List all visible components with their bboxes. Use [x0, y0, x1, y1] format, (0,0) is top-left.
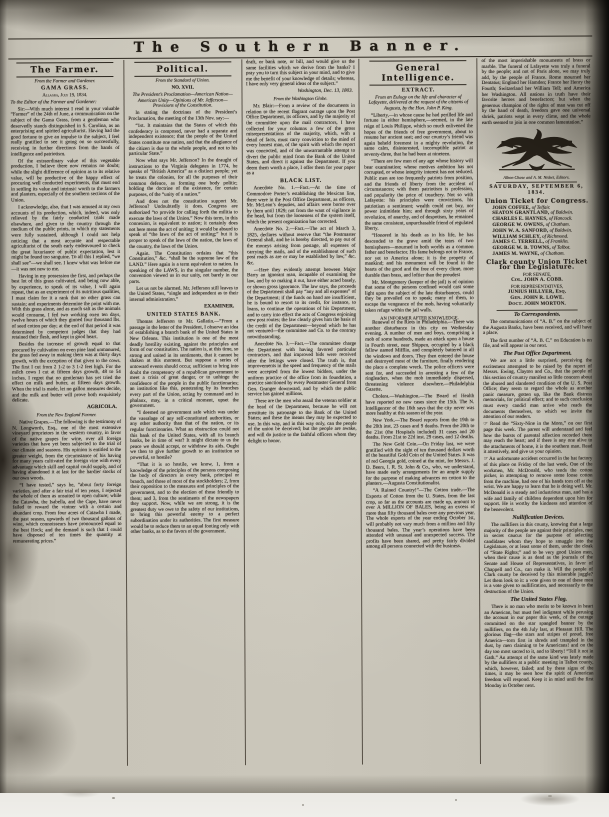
article-heading-us-bank: UNITED STATES BANK.	[129, 312, 238, 318]
essay-title: The President’s Proclamation—American Na…	[130, 93, 235, 110]
article-headline: GAMA GRASS.	[10, 86, 119, 92]
article-paragraph: Besides the increase of growth equal to …	[12, 342, 121, 404]
article-paragraph: Again. The Constitution ordains that “th…	[129, 251, 238, 285]
eagle-and-crossed-flags-icon	[490, 127, 582, 171]
letter-dateline: Washington, Dec. 13, 1803.	[246, 89, 353, 95]
scan-smudge	[60, 788, 100, 798]
legislature-ticket-heading: Clark county Union Ticket for the Legisl…	[483, 259, 592, 271]
article-paragraph: Let us not be alarmed. Mr. Jefferson sti…	[129, 286, 238, 303]
column-globe: draft, or bank note, or bill, and would …	[241, 59, 362, 766]
section-heading-farmer: The Farmer.	[16, 62, 113, 78]
emblem-block: Albon Chase and A. M. Nisbet, Editors.	[482, 127, 591, 180]
scan-speck	[302, 804, 304, 806]
article-signature: AGRICOLA.	[12, 405, 117, 411]
article-paragraph: Of the extraordinary value of this veget…	[11, 159, 120, 204]
column-farmer: The Farmer. From the Farmer and Gardener…	[6, 60, 126, 767]
eulogy-continuation: of the most imperishable monuments of br…	[481, 58, 590, 126]
pointing-hand-paragraph: ☞ Read the “Sixty-Nine in the Morn,” on …	[483, 422, 592, 456]
paragraph-group: Renewal of the Riots in Philadelphia.—Th…	[365, 320, 475, 550]
column-intelligence: General Intelligence. EXTRACT. From an E…	[359, 58, 480, 765]
paragraph-group: In stating the doctrines of the Presiden…	[128, 111, 238, 304]
article-paragraph: These are the men who assail the veteran…	[248, 399, 357, 444]
paragraph-group: Sir:—With much interest I read in your v…	[11, 107, 121, 404]
page-columns: The Farmer. From the Farmer and Gardener…	[6, 57, 598, 766]
notice-paragraph: The first number of “A. B. C.” on Educat…	[483, 338, 592, 350]
article-paragraph-continued: draft, or bank note, or bill, and would …	[246, 60, 355, 89]
masthead: The Southern Banner.	[8, 35, 592, 59]
article-paragraph: “I have tested,” says he, “about forty f…	[13, 483, 122, 545]
candidate-county: of Chatham.	[546, 223, 570, 228]
jail-paragraph: Mr. Montgomery (keeper of the jail) is o…	[365, 280, 474, 314]
candidate-county: of Baldwin.	[550, 228, 573, 233]
article-paragraph: Anecdote No. 3.—Fact.—The committee char…	[247, 342, 356, 399]
article-paragraph: Now what says Mr. Jefferson? In the drau…	[129, 159, 238, 199]
notice-paragraph: The communications of “A. B.” on the sub…	[483, 320, 592, 337]
source-credit: From the Standard of Union.	[128, 78, 237, 84]
representatives-list: JUNIUS HILLYER, Esq.Gen. JOHN R. LOWE.Do…	[483, 289, 592, 308]
paragraph-group: Mr. Blair:—From a review of the document…	[246, 104, 355, 177]
paragraph-group: Anecdote No. 1.—Fact.—At the time of Com…	[247, 186, 357, 444]
torn-top-margin	[0, 0, 600, 39]
article-dateline: Allagra, July 19, 1834.	[10, 93, 119, 99]
scan-speck	[455, 799, 457, 801]
extract-heading: EXTRACT.	[364, 88, 473, 94]
article-paragraph: Mr. Blair:—From a review of the document…	[246, 104, 355, 177]
candidate-county: of Richmond.	[542, 234, 568, 239]
editorial-paragraph: There is no man who merits to be known i…	[484, 605, 593, 689]
scan-speck	[112, 797, 115, 799]
paragraph-group: “Liberty,—in whose cause he had perilled…	[364, 113, 474, 279]
congress-ticket-heading: Union Ticket for Congress.	[482, 198, 591, 204]
article-paragraph: The New Gold Coin.—On Friday last, we we…	[366, 442, 475, 487]
nullification-heading: Nullification Devices.	[484, 515, 593, 521]
article-paragraph: Renewal of the Riots in Philadelphia.—Th…	[365, 320, 474, 393]
pointing-hand-paragraph: ☞ An unfortunate accident occurred in th…	[484, 457, 593, 514]
source-credit: From the Farmer and Gardener.	[10, 79, 119, 85]
printed-content: The Southern Banner. The Farmer. From th…	[0, 0, 604, 767]
article-paragraph: Having in my possession the first, and p…	[11, 274, 120, 342]
candidate-county: of Talbot.	[552, 246, 571, 251]
article-salutation: To the Editor of the Farmer and Gardener…	[11, 100, 120, 106]
candidate-county: of Chatham.	[540, 252, 564, 257]
article-paragraph: “There are few men of any age whose hist…	[364, 159, 473, 232]
article-paragraph: Cholera.—Washington.—The Board of Health…	[365, 395, 474, 418]
candidate-name: JAMES M. WAYNE,	[493, 252, 540, 257]
candidate-name: GEORGE W. B. TOWNS,	[492, 246, 550, 251]
article-paragraph: —Here they evidently attempt between Maj…	[247, 267, 356, 340]
ticket-candidate: JAMES M. WAYNE, of Chatham.	[483, 251, 592, 257]
candidate-county: of Baldwin.	[551, 211, 574, 216]
newspaper-title: The Southern Banner.	[8, 37, 592, 56]
scan-smudge	[520, 792, 580, 806]
paragraph-group: Native Grapes.—The following is the test…	[12, 420, 121, 545]
article-paragraph: New York.—The Board reports from the 19t…	[366, 418, 475, 441]
article-paragraph: And does not the constitution support Mr…	[129, 199, 238, 250]
paragraph-group: Thomas Jefferson to Mr. Gallatin.—“From …	[129, 320, 239, 536]
flag-heading: The United States Flag.	[484, 598, 593, 604]
scanned-newspaper-page: The Southern Banner. The Farmer. From th…	[0, 0, 609, 817]
representative-candidate: Doct. JOHN MORTON.	[483, 301, 592, 308]
candidate-county: of Telfair.	[532, 205, 551, 210]
article-paragraph: Sir:—With much interest I read in your v…	[11, 107, 120, 158]
article-paragraph: Native Grapes.—The following is the test…	[12, 420, 121, 482]
paragraph-group: ☞ Read the “Sixty-Nine in the Morn,” on …	[483, 422, 592, 514]
section-heading-intelligence: General Intelligence.	[370, 60, 467, 86]
editorial-paragraph: The nullifiers in this county, knowing t…	[484, 522, 593, 595]
candidate-county: of Franklin.	[545, 240, 568, 245]
candidate-name: CHARLES E. HAYNES,	[492, 217, 547, 222]
candidate-name: SEATON GRANTLAND,	[492, 211, 549, 216]
candidate-county: of Hancock.	[549, 217, 573, 222]
column-editorial: of the most imperishable monuments of br…	[476, 57, 597, 764]
article-paragraph: “That it is so hostile, we know, 1, from…	[130, 462, 239, 535]
source-credit: From the Washington Globe.	[246, 97, 355, 103]
article-paragraph: Thomas Jefferson to Mr. Gallatin.—“From …	[129, 320, 238, 410]
article-paragraph: Anecdote No. 1.—Fact.—At the time of Com…	[247, 186, 356, 226]
eulogy-credit: From an Eulogy on the life and character…	[366, 95, 471, 112]
article-heading-black-list: BLACK LIST.	[247, 179, 356, 185]
essay-number: NO. XVII.	[128, 85, 237, 91]
article-paragraph: “Honored in his death as in his life, he…	[365, 233, 474, 278]
article-paragraph: I acknowledge, also, that I was amused a…	[11, 205, 120, 273]
candidate-name: JOHN COFFEE,	[492, 205, 530, 210]
article-paragraph: Anecdote No. 2.—Fact.—The act of March 3…	[247, 227, 356, 267]
source-credit: From the New England Farmer.	[12, 413, 121, 419]
candidate-name: GEORGE W. OWENS,	[492, 223, 544, 228]
correspondents-heading: To Correspondents.	[483, 313, 592, 319]
article-paragraph: “Liberty,—in whose cause he had perilled…	[364, 113, 473, 158]
article-paragraph: “1st. It maintains that the States of wh…	[128, 123, 237, 157]
article-paragraph: In stating the doctrines of the Presiden…	[128, 111, 237, 123]
editorial-paragraph: We are not a little surprised, perceivin…	[483, 359, 592, 421]
section-heading-political: Political.	[134, 61, 231, 77]
congress-ticket-list: JOHN COFFEE, of Telfair. SEATON GRANTLAN…	[482, 205, 591, 258]
paragraph-group: The communications of “A. B.” on the sub…	[483, 320, 592, 350]
article-signature: EXAMINER.	[129, 304, 234, 310]
column-political: Political. From the Standard of Union. N…	[123, 59, 244, 766]
article-paragraph: “I deemed no government safe which was u…	[130, 411, 239, 462]
issue-date: SATURDAY, SEPTEMBER 6, 1834.	[482, 185, 591, 197]
candidate-name: JOHN W. A. SANFORD,	[492, 228, 548, 233]
candidate-name: JAMES C. TERRELL,	[492, 240, 544, 245]
article-paragraph: “A Ruined Country!”—The Cotton trade.—Th…	[366, 489, 475, 551]
rule-divider	[497, 309, 578, 310]
post-office-heading: The Post Office Department.	[483, 352, 592, 358]
editors-caption: Albon Chase and A. M. Nisbet, Editors.	[482, 174, 591, 180]
